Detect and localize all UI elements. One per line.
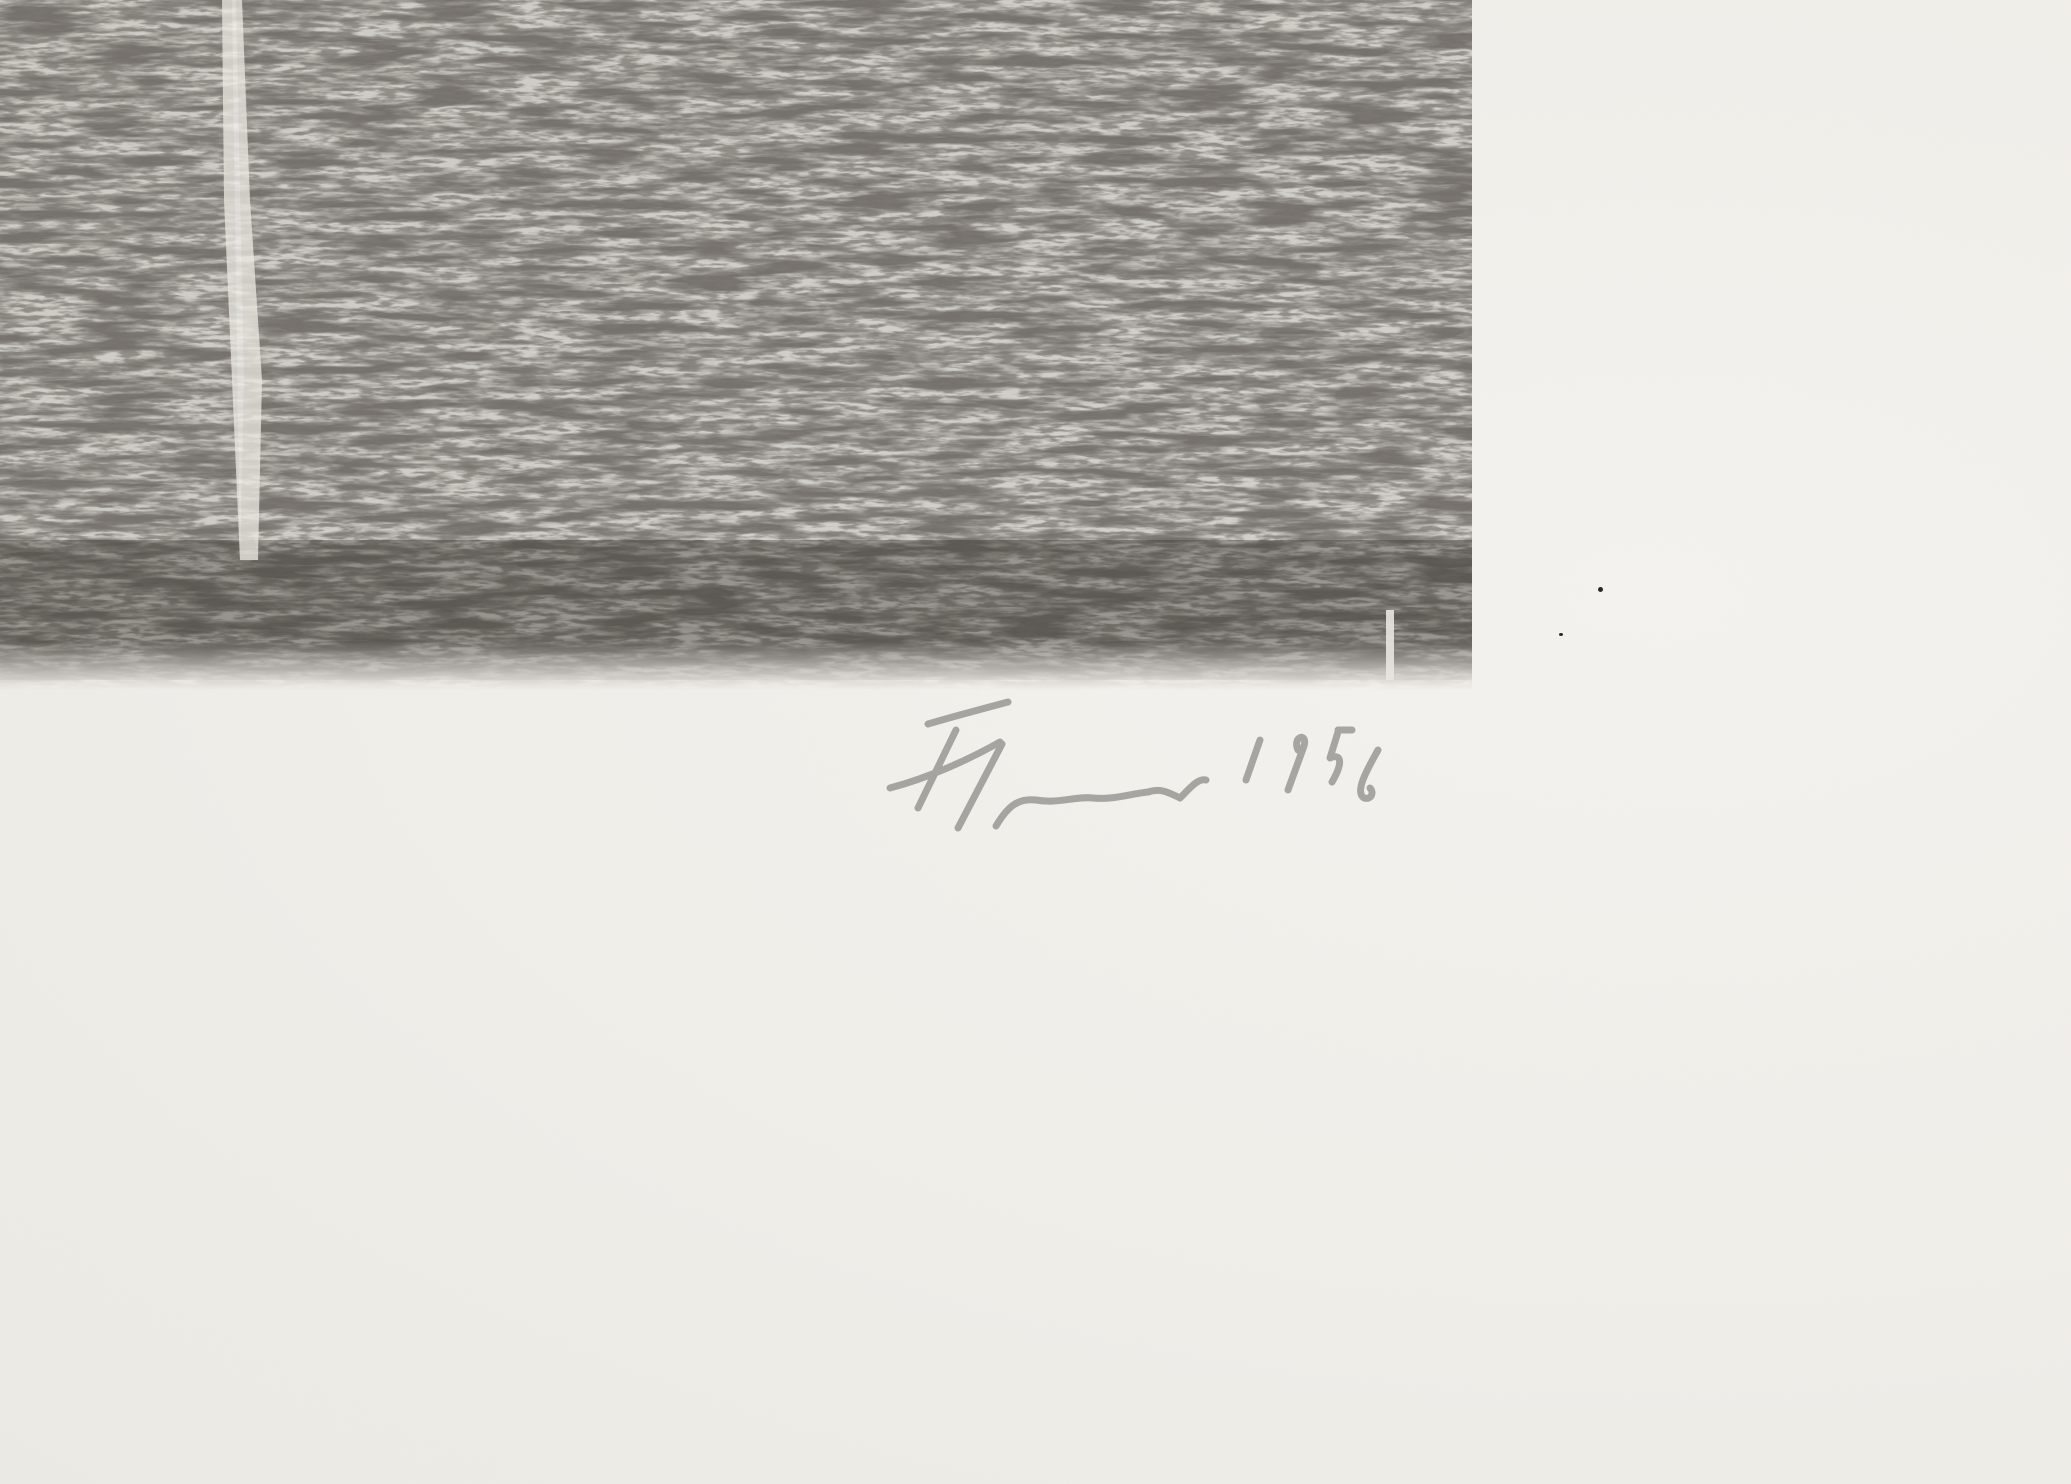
- pencil-signature: Moore 1956: [868, 688, 1628, 838]
- artwork-photo: Moore 1956 Moore 1956: [0, 0, 2071, 1484]
- ink-speck: [1598, 587, 1603, 592]
- signature-text: Moore 1956: [868, 688, 953, 692]
- lithograph-image-area: [0, 0, 1472, 690]
- ink-speck: [1559, 633, 1563, 636]
